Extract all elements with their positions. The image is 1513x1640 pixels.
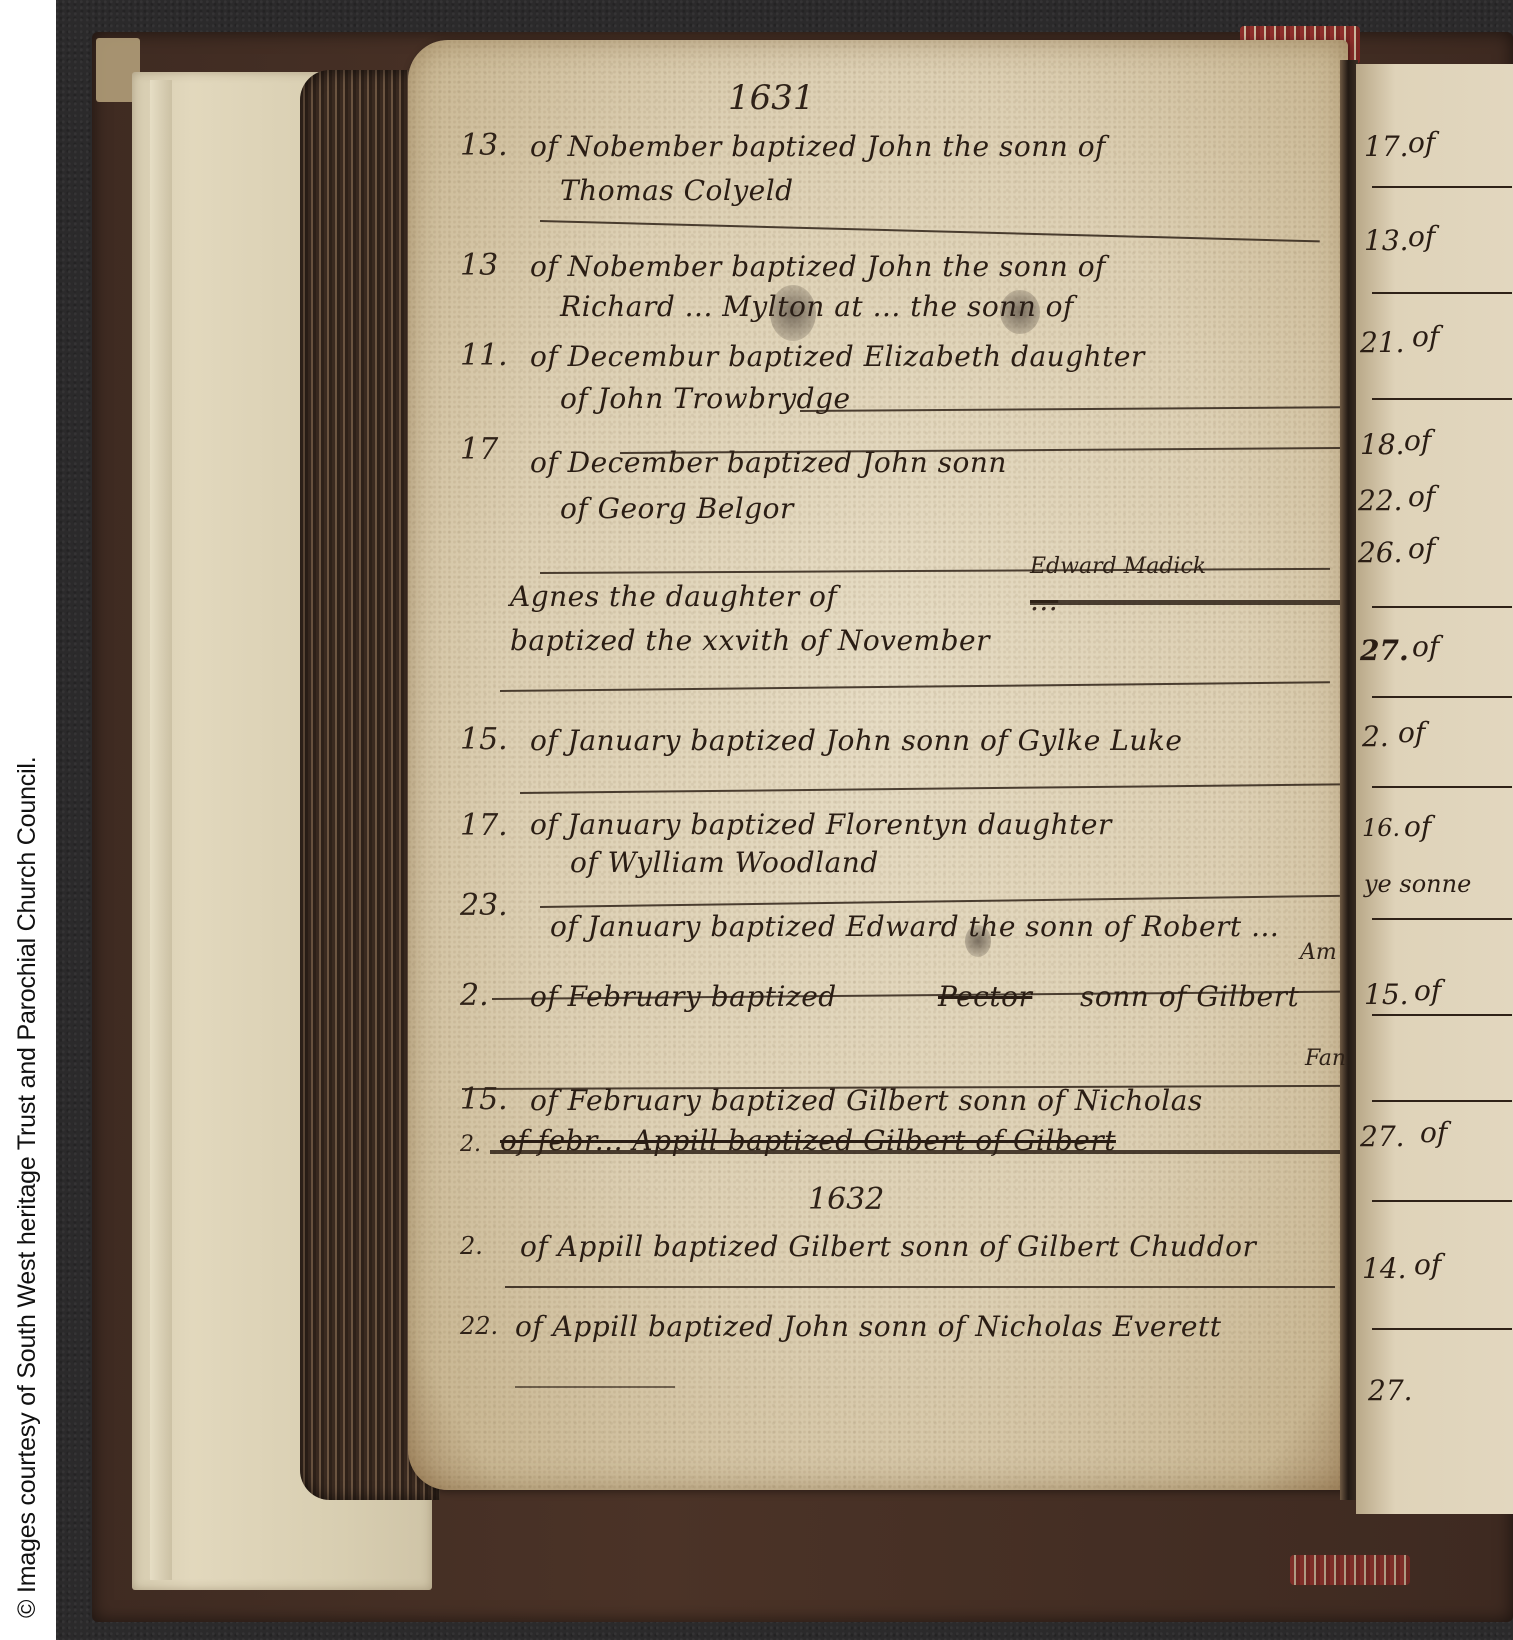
entry-line-1: of February baptized Gilbert sonn of Nic…	[530, 1084, 1203, 1117]
entry-day: 15.	[460, 722, 508, 757]
copyright-caption: © Images courtesy of South West heritage…	[15, 756, 40, 1618]
credit-strip: © Images courtesy of South West heritage…	[0, 0, 56, 1640]
facing-fragment: of	[1412, 320, 1439, 353]
facing-day: 22.	[1358, 484, 1403, 517]
facing-divider	[1372, 1014, 1512, 1016]
facing-day: 2.	[1362, 720, 1389, 753]
facing-divider	[1372, 186, 1512, 188]
entry-line-2: Thomas Colyeld	[560, 174, 794, 207]
facing-divider	[1372, 292, 1512, 294]
interlinear-insertion: Fan	[1305, 1046, 1346, 1071]
entry-day: 22.	[460, 1312, 498, 1340]
strike-line	[490, 1150, 1340, 1154]
struck-through-text: Pector	[938, 980, 1032, 1013]
entry-divider	[505, 1286, 1335, 1288]
facing-day: 13.	[1364, 224, 1409, 257]
facing-day: 17.	[1364, 130, 1409, 163]
facing-day: 14.	[1362, 1252, 1407, 1285]
facing-fragment: of	[1408, 220, 1435, 253]
facing-fragment: of	[1408, 126, 1435, 159]
facing-fragment: of	[1412, 630, 1439, 663]
ink-blot	[770, 285, 816, 341]
facing-fragment: of	[1414, 974, 1441, 1007]
entry-line-1: of Nobember baptized John the sonn of	[530, 250, 1106, 283]
facing-divider	[1372, 606, 1512, 608]
facing-fragment: of	[1420, 1116, 1447, 1149]
facing-day: 27.	[1360, 1120, 1405, 1153]
facing-day: 27.	[1360, 634, 1409, 667]
facing-fragment: of	[1414, 1248, 1441, 1281]
facing-day: 16.	[1362, 814, 1400, 842]
entry-day: 17	[460, 432, 498, 467]
entry-divider	[515, 1386, 675, 1388]
facing-day: 26.	[1358, 536, 1403, 569]
interlinear-insertion: Edward Madick	[1030, 554, 1206, 579]
entry-line-1: of January baptized Florentyn daughter	[530, 808, 1112, 841]
facing-fragment: of	[1398, 716, 1425, 749]
facing-divider	[1372, 1100, 1512, 1102]
entry-line-1: of Nobember baptized John the sonn of	[530, 130, 1106, 163]
entry-day: 23.	[460, 888, 508, 923]
entry-line-2: of Wylliam Woodland	[570, 846, 879, 879]
facing-fragment: of	[1404, 424, 1431, 457]
entry-line-1: of Decembur baptized Elizabeth daughter	[530, 340, 1145, 373]
entry-day: 2.	[460, 1132, 481, 1157]
facing-fragment: of	[1408, 532, 1435, 565]
facing-fragment: ye sonne	[1364, 870, 1471, 898]
entry-line-1: of Appill baptized Gilbert sonn of Gilbe…	[520, 1230, 1256, 1263]
facing-divider	[1372, 1200, 1512, 1202]
entry-line-1-rest: sonn of Gilbert	[1080, 980, 1299, 1013]
facing-day: 18.	[1360, 428, 1405, 461]
entry-line-1: of January baptized John sonn of Gylke L…	[530, 724, 1182, 757]
entry-day: 11.	[460, 338, 508, 373]
facing-fragment: of	[1404, 810, 1431, 843]
entry-line-2: baptized the xxvith of November	[510, 624, 990, 657]
facing-day: 27.	[1368, 1374, 1413, 1407]
facing-divider	[1372, 918, 1512, 920]
entry-day: 13	[460, 248, 498, 283]
entry-line-1: Agnes the daughter of	[510, 580, 837, 613]
year-heading-1632: 1632	[808, 1182, 884, 1217]
ink-blot	[1000, 290, 1040, 334]
entry-day: 13.	[460, 128, 508, 163]
entry-day: 2.	[460, 1232, 483, 1260]
facing-divider	[1372, 398, 1512, 400]
interlinear-insertion: Am	[1300, 940, 1337, 965]
entry-line-2: of Georg Belgor	[560, 492, 794, 525]
entry-line-1: of February baptized	[530, 980, 837, 1013]
entry-day: 15.	[460, 1082, 508, 1117]
tailband	[1290, 1555, 1410, 1585]
facing-divider	[1372, 786, 1512, 788]
ink-blot	[965, 925, 991, 957]
facing-divider	[1372, 1328, 1512, 1330]
facing-fragment: of	[1408, 480, 1435, 513]
facing-page	[1356, 64, 1513, 1514]
facing-day: 21.	[1360, 326, 1405, 359]
entry-line-2: Richard ... Mylton at ... the sonn of	[560, 290, 1074, 323]
year-heading-1631: 1631	[728, 78, 815, 118]
facing-divider	[1372, 696, 1512, 698]
entry-day: 17.	[460, 808, 508, 843]
facing-day: 15.	[1364, 978, 1409, 1011]
endpaper-fold	[150, 80, 172, 1580]
entry-line-1: of January baptized Edward the sonn of R…	[550, 910, 1279, 943]
entry-day: 2.	[460, 978, 489, 1013]
entry-line-1: of Appill baptized John sonn of Nicholas…	[515, 1310, 1221, 1343]
strike-line	[1030, 600, 1340, 605]
